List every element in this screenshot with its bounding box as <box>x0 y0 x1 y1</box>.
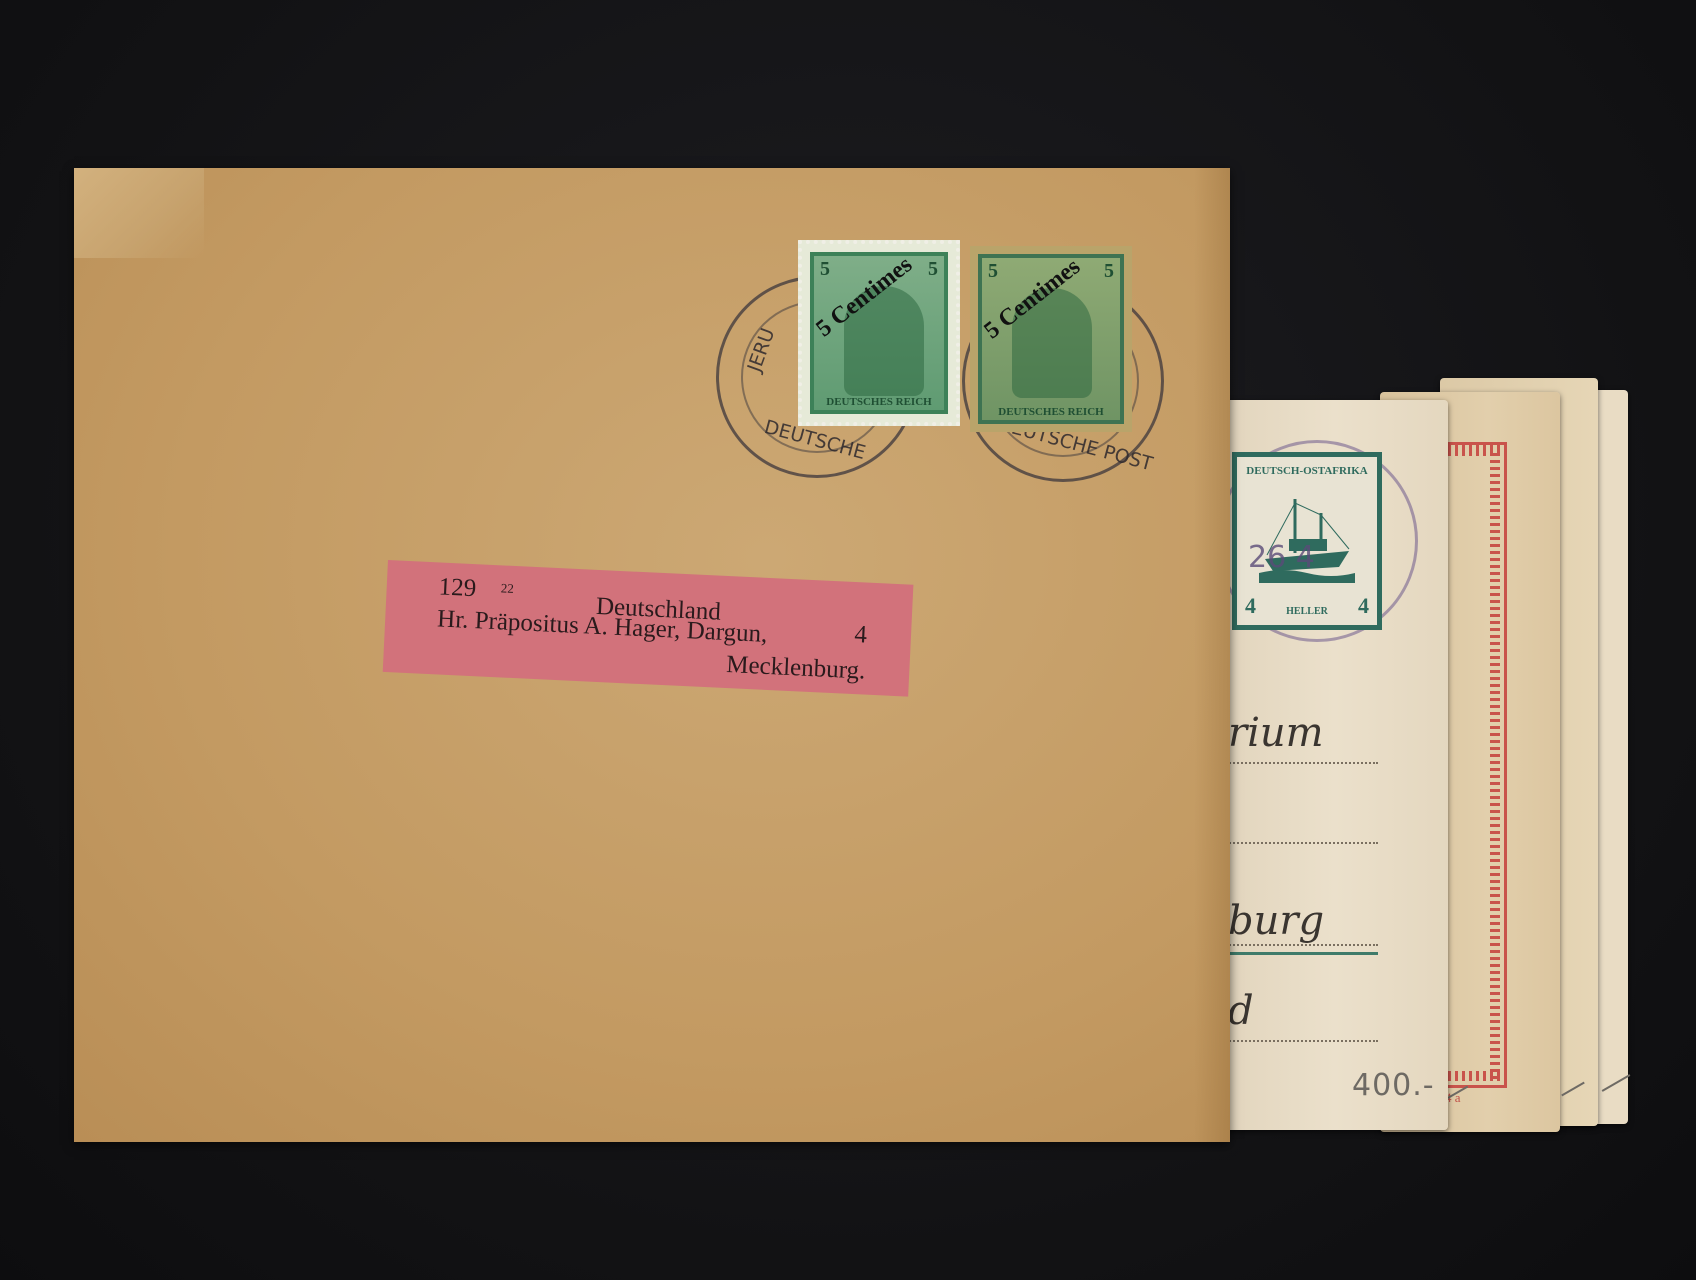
stamp-inscription: DEUTSCHES REICH <box>982 406 1120 418</box>
stamp-unit: HELLER <box>1277 606 1337 617</box>
stamp-value-left: 5 <box>988 260 998 283</box>
label-number: 129 <box>438 572 477 603</box>
stamp-value-right: 4 <box>1358 593 1369 619</box>
stamp-inscription: DEUTSCH-OSTAFRIKA <box>1237 465 1377 477</box>
dotted-line <box>1226 1040 1378 1042</box>
pencil-price: 400.- <box>1352 1068 1435 1103</box>
stamp-value-right: 5 <box>1104 260 1114 283</box>
stamp-value-right: 5 <box>928 258 938 281</box>
stamp-germania-adhesive: 5 5 DEUTSCHES REICH 5 Centimes <box>798 240 960 426</box>
label-region: Mecklenburg. <box>726 650 866 686</box>
stamp-value-left: 5 <box>820 258 830 281</box>
green-rule <box>1226 952 1378 955</box>
envelope-edge-shadow <box>1194 168 1230 1142</box>
handwriting-line-1: rium <box>1228 710 1324 756</box>
handwriting-line-3: d <box>1228 988 1254 1034</box>
label-superscript: 22 <box>500 573 514 603</box>
stamp-germania-indicium: 5 5 DEUTSCHES REICH 5 Centimes <box>970 246 1132 432</box>
stamp-inscription: DEUTSCHES REICH <box>814 396 944 408</box>
handwriting-line-2: burg <box>1228 898 1324 944</box>
dotted-line <box>1226 944 1378 946</box>
red-frame-border <box>1448 442 1507 1088</box>
dotted-line <box>1226 762 1378 764</box>
postmark-date: 26 4 <box>1248 540 1315 575</box>
stamp-value-left: 4 <box>1245 593 1256 619</box>
stamp-frame: 5 5 DEUTSCHES REICH 5 Centimes <box>978 254 1124 424</box>
dotted-line <box>1226 842 1378 844</box>
stamp-frame: 5 5 DEUTSCHES REICH 5 Centimes <box>810 252 948 414</box>
label-count: 4 <box>854 620 868 650</box>
